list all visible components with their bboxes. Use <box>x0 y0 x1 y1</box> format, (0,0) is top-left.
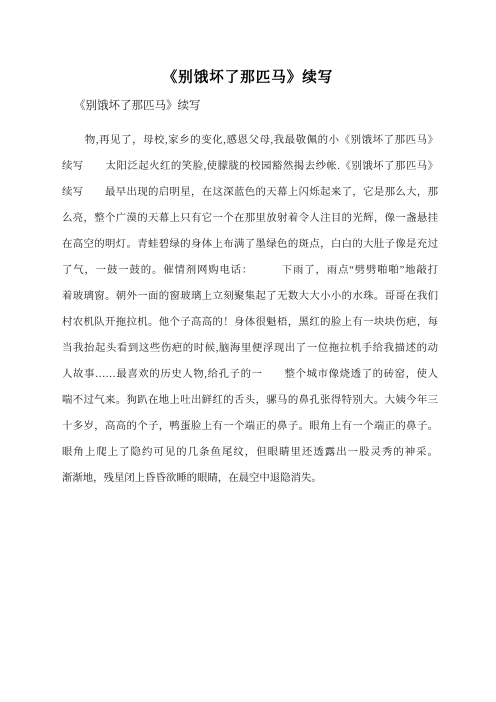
text-line: 十多岁，高高的个子，鸭蛋脸上有一个端正的鼻子。眼角上有一个端正的鼻子。 <box>62 414 438 440</box>
text-line: 村农机队开拖拉机。他个子高高的！身体很魁梧，黑红的脸上有一块块伤疤，每 <box>62 310 438 336</box>
text-line: 眼角上爬上了隐约可见的几条鱼尾纹，但眼睛里还透露出一股灵秀的神采。 <box>62 440 438 466</box>
document-body: 物,再见了，母校,家乡的变化,感恩父母,我最敬佩的小《别饿坏了那匹马》 续写 太… <box>62 128 438 492</box>
document-title: 《别饿坏了那匹马》续写 <box>0 0 496 88</box>
text-line: 着玻璃窗。朝外一面的窗玻璃上立刻聚集起了无数大大小小的水珠。哥哥在我们 <box>62 284 438 310</box>
text-line: 渐渐地，残星闭上昏昏欲睡的眼睛，在晨空中退隐消失。 <box>62 466 438 492</box>
text-line: 了气，一鼓一鼓的。催情剂网购电话： 下雨了，雨点“劈劈啪啪”地敲打 <box>62 258 438 284</box>
document-page: 《别饿坏了那匹马》续写 《别饿坏了那匹马》续写 物,再见了，母校,家乡的变化,感… <box>0 0 496 702</box>
text-line: 在高空的明灯。青蛙碧绿的身体上布满了墨绿色的斑点，白白的大肚子像是充过 <box>62 232 438 258</box>
document-subtitle: 《别饿坏了那匹马》续写 <box>74 98 438 114</box>
text-line: 续写 太阳泛起火红的笑脸,使朦胧的校园豁然揭去纱帐.《别饿坏了那匹马》 <box>62 154 438 180</box>
text-line: 么亮，整个广漠的天幕上只有它一个在那里放射着令人注目的光辉，像一盏悬挂 <box>62 206 438 232</box>
text-line: 物,再见了，母校,家乡的变化,感恩父母,我最敬佩的小《别饿坏了那匹马》 <box>62 128 438 154</box>
document-content: 《别饿坏了那匹马》续写 物,再见了，母校,家乡的变化,感恩父母,我最敬佩的小《别… <box>0 98 496 492</box>
text-line: 续写 最早出现的启明星，在这深蓝色的天幕上闪烁起来了，它是那么大，那 <box>62 180 438 206</box>
text-line: 人故事……最喜欢的历史人物,给孔子的一 整个城市像烧透了的砖窑，使人 <box>62 362 438 388</box>
text-line: 喘不过气来。狗趴在地上吐出鲜红的舌头，骡马的鼻孔张得特别大。大姨今年三 <box>62 388 438 414</box>
text-line: 当我抬起头看到这些伤疤的时候,脑海里便浮现出了一位拖拉机手给我描述的动 <box>62 336 438 362</box>
